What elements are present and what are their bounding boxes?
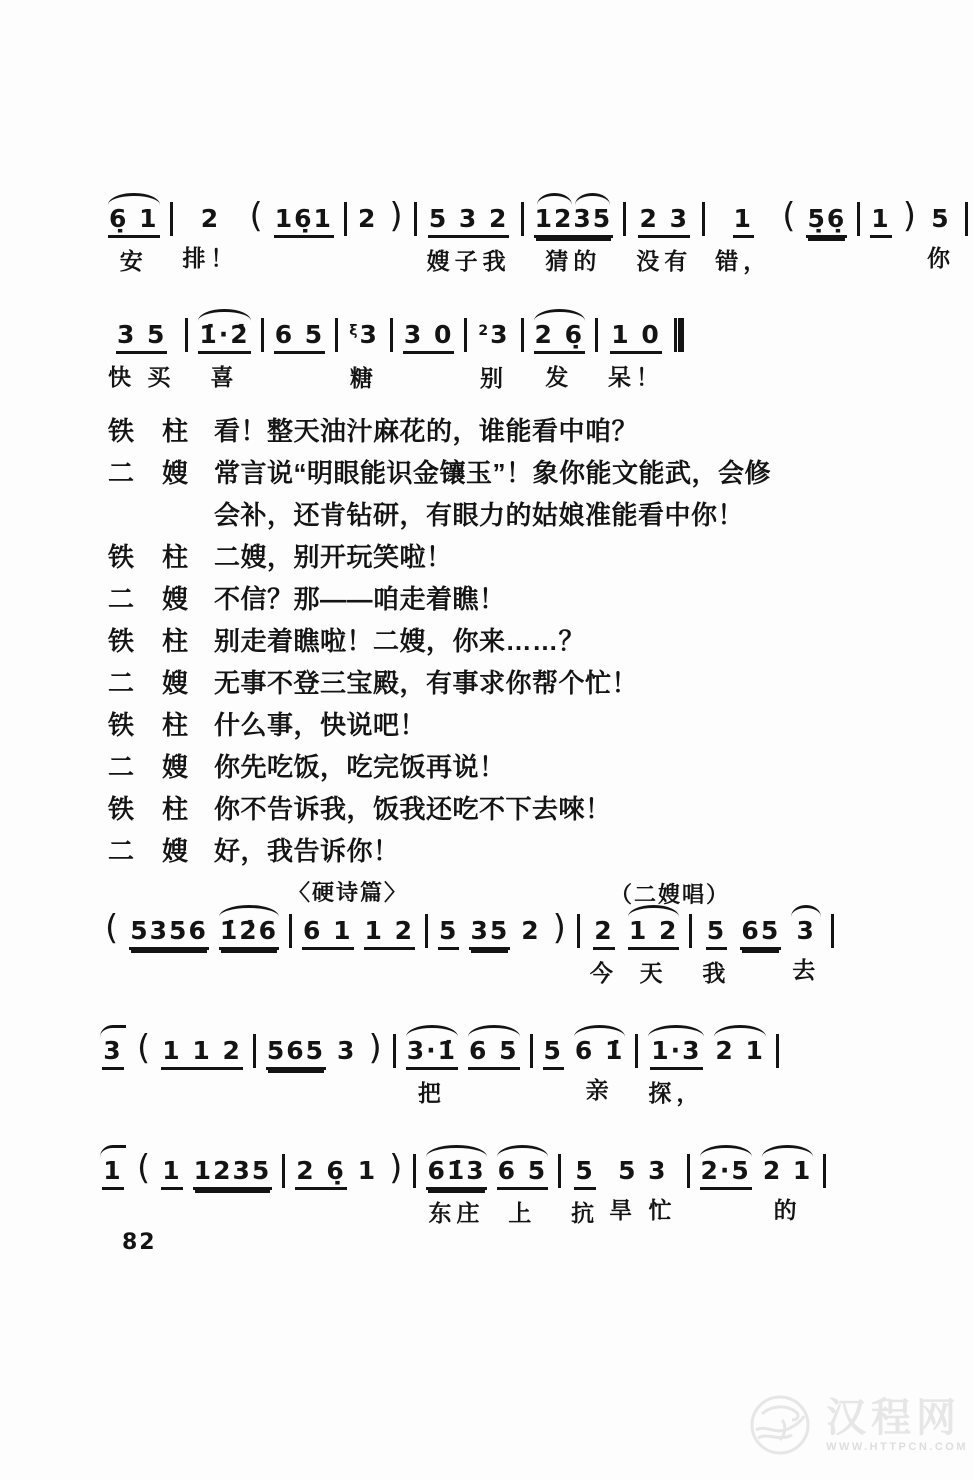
note-group: ξ3糖 <box>348 306 380 390</box>
note-digits: 3 0 <box>403 321 455 354</box>
note-group: 61̇3东庄 <box>426 1142 486 1225</box>
note-digits: ξ3 <box>348 321 380 355</box>
grace-paren: ) <box>552 902 567 982</box>
dialogue-line: 二 嫂常言说“明眼能识金镶玉”！象你能文能武，会修 <box>108 450 908 492</box>
note-digits: 2·5 <box>700 1157 752 1190</box>
note-group: 5356 <box>129 902 209 985</box>
note-group: 6 5 <box>468 1022 520 1105</box>
note-digits: ) <box>388 1154 403 1184</box>
speaker-label: 二 嫂 <box>108 579 214 616</box>
lyric-text: 今 <box>590 955 618 985</box>
note-group: 5 <box>438 902 459 985</box>
note-group: 5 3旱 忙 <box>609 1142 676 1222</box>
note-digits: 23 <box>477 321 510 355</box>
note-digits: 65 <box>740 917 781 950</box>
lyric-text: 我 <box>702 955 730 985</box>
note-digits: 35 <box>469 917 510 950</box>
note-group: 3·1̇把 <box>406 1022 458 1105</box>
barline <box>521 202 524 236</box>
note-digits: ) <box>367 1034 382 1064</box>
dialogue-text: 好，我告诉你！ <box>214 831 400 868</box>
note-group: 2 <box>357 190 378 270</box>
lyric-text: 猜的 <box>545 243 601 273</box>
note-group: 3 5快 买 <box>108 306 175 389</box>
note-group: 3 0 <box>403 306 455 389</box>
barline <box>344 202 347 236</box>
note-digits: 6 5 <box>497 1157 549 1190</box>
grace-paren: ) <box>388 1142 403 1222</box>
barline <box>831 914 834 948</box>
note-digits: ( <box>136 1034 151 1064</box>
barline <box>185 318 188 352</box>
dialogue-line: 铁 柱看！整天油汁麻花的，谁能看中咱？ <box>108 408 908 450</box>
dialogue-text: 无事不登三宝殿，有事求你帮个忙！ <box>214 663 638 700</box>
site-url: WWW.HTTPCN.COM <box>826 1441 968 1453</box>
note-group: 6 5 <box>274 306 326 389</box>
grace-note: 2 <box>478 323 488 339</box>
barline <box>558 1154 561 1188</box>
note-group: 16̣1 <box>274 190 334 273</box>
note-digits: 3 <box>336 1037 357 1067</box>
note-digits: 61̇3 <box>426 1157 486 1190</box>
grace-paren: ) <box>388 190 403 270</box>
music-system-1: 6̣ 1安2排！(16̣12)5 3 2嫂子我1235猜的2 3没有1错，(5̣… <box>108 190 968 273</box>
note-digits: 1 <box>161 1157 182 1190</box>
note-group: 1 1 2 <box>161 1022 243 1105</box>
note-group: 2 1 <box>714 1022 766 1102</box>
dialogue-text: 什么事，快说吧！ <box>214 705 426 742</box>
barline <box>261 318 264 352</box>
note-digits: ( <box>104 914 119 944</box>
note-group: 2今 <box>590 902 618 985</box>
note-group: 2 3没有 <box>636 190 692 273</box>
music-system-4: 3(1 1 25653)3·1̇把6 556 1̇亲1·3探，2 1 <box>100 1022 779 1105</box>
barline <box>577 914 580 948</box>
note-group: 5你 <box>927 190 955 270</box>
note-group: 5抗 <box>571 1142 599 1225</box>
note-group: 5 <box>543 1022 564 1105</box>
lyric-text: 东庄 <box>429 1195 485 1225</box>
note-digits: 1235 <box>534 205 614 238</box>
note-digits: 3·1̇ <box>406 1037 458 1070</box>
note-group: 1 <box>100 1142 126 1225</box>
speaker-label: 二 嫂 <box>108 663 214 700</box>
note-digits: 1 2 <box>628 917 680 950</box>
note-group: 2排！ <box>183 190 239 270</box>
barline <box>689 914 692 948</box>
dialogue-line: 铁 柱你不告诉我，饭我还吃不下去唻！ <box>108 786 908 828</box>
lyric-text: 探， <box>648 1075 704 1105</box>
note-group: 1̇·2̇喜 <box>198 306 250 389</box>
note-digits: 5 3 2 <box>428 205 510 238</box>
note-digits: 5̣6̣ <box>806 205 847 238</box>
watermark-text: 汉程网 WWW.HTTPCN.COM <box>826 1398 968 1453</box>
note-digits: 3 <box>102 1037 123 1070</box>
site-logo-icon <box>746 1392 818 1458</box>
note-digits: 6 1̇ <box>574 1037 626 1067</box>
barline <box>393 1034 396 1068</box>
lyric-text: 上 <box>508 1195 536 1225</box>
lyric-text: 排！ <box>183 240 239 270</box>
barline <box>687 1154 690 1188</box>
barline <box>170 202 173 236</box>
note-digits: 2 6̣ <box>534 321 586 354</box>
note-digits: ) <box>902 202 917 232</box>
note-digits: 5356 <box>129 917 209 950</box>
dialogue-text: 常言说“明眼能识金镶玉”！象你能文能武，会修 <box>214 453 771 490</box>
note-group: 3 <box>336 1022 357 1102</box>
lyric-text: 喜 <box>211 359 239 389</box>
note-digits: 5 <box>543 1037 564 1070</box>
note-group: 65 <box>740 902 781 985</box>
note-group: 1 <box>870 190 891 273</box>
note-digits: 1235 <box>193 1157 273 1190</box>
dialogue-text: 你不告诉我，饭我还吃不下去唻！ <box>214 789 612 826</box>
note-group: 1̇2̇6 <box>219 902 279 985</box>
music-system-2: 3 5快 买1̇·2̇喜6 5ξ3糖3 023别2 6̣发1 0呆！ <box>108 306 684 390</box>
speaker-label: 二 嫂 <box>108 747 214 784</box>
dialogue-line: 会补，还肯钻研，有眼力的姑娘准能看中你！ <box>108 492 908 534</box>
note-group: 1235 <box>193 1142 273 1225</box>
barline <box>414 202 417 236</box>
barline <box>390 318 393 352</box>
barline <box>776 1034 779 1068</box>
lyric-text: 没有 <box>636 243 692 273</box>
note-group: 1235猜的 <box>534 190 614 273</box>
lyric-text: 糖 <box>350 360 378 390</box>
lyric-text: 旱 忙 <box>609 1192 676 1222</box>
note-digits: 1̇·2̇ <box>198 321 250 354</box>
dialogue-block: 铁 柱看！整天油汁麻花的，谁能看中咱？二 嫂常言说“明眼能识金镶玉”！象你能文能… <box>108 408 908 870</box>
note-digits: 5 <box>706 917 727 950</box>
watermark: 汉程网 WWW.HTTPCN.COM <box>746 1392 968 1458</box>
dialogue-text: 会补，还肯钻研，有眼力的姑娘准能看中你！ <box>214 495 744 532</box>
grace-paren: ( <box>136 1022 151 1102</box>
note-group: 6 5上 <box>497 1142 549 1225</box>
dialogue-line: 铁 柱什么事，快说吧！ <box>108 702 908 744</box>
dialogue-text: 看！整天油汁麻花的，谁能看中咱？ <box>214 411 638 448</box>
dialogue-text: 二嫂，别开玩笑啦！ <box>214 537 453 574</box>
speaker-label: 二 嫂 <box>108 831 214 868</box>
note-digits: 1·3 <box>650 1037 702 1070</box>
note-group: 5̣6̣ <box>806 190 847 273</box>
barline <box>823 1154 826 1188</box>
barline <box>595 318 598 352</box>
note-digits: 5 3 <box>617 1157 669 1187</box>
speaker-label: 二 嫂 <box>108 453 214 490</box>
barline <box>623 202 626 236</box>
grace-paren: ( <box>136 1142 151 1222</box>
note-digits: 2 <box>520 917 541 947</box>
note-group: 3 <box>100 1022 126 1105</box>
note-digits: 16̣1 <box>274 205 334 238</box>
lyric-text: 发 <box>545 359 573 389</box>
barline <box>702 202 705 236</box>
note-digits: ( <box>249 202 264 232</box>
barline <box>282 1154 285 1188</box>
lyric-text: 把 <box>418 1075 446 1105</box>
barline <box>965 202 968 236</box>
barline <box>530 1034 533 1068</box>
speaker-label: 铁 柱 <box>108 789 214 826</box>
note-group: 2 1的 <box>762 1142 814 1222</box>
barline <box>857 202 860 236</box>
note-group: 2·5 <box>700 1142 752 1225</box>
note-digits: 5 <box>574 1157 595 1190</box>
lyric-text: 的 <box>774 1192 802 1222</box>
lyric-text: 别 <box>480 360 508 390</box>
lyric-text: 呆！ <box>608 359 664 389</box>
lyric-text: 去 <box>792 952 820 982</box>
note-group: 35 <box>469 902 510 985</box>
note-digits: 1 2 <box>364 917 416 950</box>
note-digits: 6 5 <box>274 321 326 354</box>
note-digits: ) <box>388 202 403 232</box>
dialogue-line: 二 嫂无事不登三宝殿，有事求你帮个忙！ <box>108 660 908 702</box>
note-digits: 1 <box>870 205 891 238</box>
barline <box>464 318 467 352</box>
dialogue-text: 你先吃饭，吃完饭再说！ <box>214 747 506 784</box>
note-group: 1·3探， <box>648 1022 704 1105</box>
speaker-label: 铁 柱 <box>108 621 214 658</box>
note-group: 1 2 <box>364 902 416 985</box>
grace-paren: ( <box>104 902 119 982</box>
lyric-text: 嫂子我 <box>427 243 511 273</box>
note-digits: 5 <box>930 205 951 235</box>
lyric-text: 快 买 <box>108 359 175 389</box>
note-group: 1错， <box>715 190 771 273</box>
note-digits: 2 <box>357 205 378 235</box>
note-group: 1 2天 <box>628 902 680 985</box>
note-digits: 2 3 <box>638 205 690 238</box>
note-digits: 2 <box>593 917 614 950</box>
note-group: 2 6̣发 <box>534 306 586 389</box>
note-digits: 1 <box>357 1157 378 1187</box>
dialogue-line: 铁 柱别走着瞧啦！二嫂，你来……？ <box>108 618 908 660</box>
note-group: 23别 <box>477 306 510 390</box>
speaker-label: 铁 柱 <box>108 411 214 448</box>
note-digits: 1 0 <box>610 321 662 354</box>
dialogue-line: 二 嫂好，我告诉你！ <box>108 828 908 870</box>
note-digits: 1 <box>102 1157 123 1190</box>
dialogue-text: 别走着瞧啦！二嫂，你来……？ <box>214 621 585 658</box>
lyric-text: 亲 <box>586 1072 614 1102</box>
note-group: 6̣ 1安 <box>108 190 160 273</box>
dialogue-text: 不信？那——咱走着瞧！ <box>214 579 506 616</box>
barline <box>425 914 428 948</box>
site-name: 汉程网 <box>826 1398 961 1438</box>
note-digits: 1̇2̇6 <box>219 917 279 950</box>
note-digits: 6̣ 1 <box>108 205 160 238</box>
note-digits: ) <box>552 914 567 944</box>
barline <box>253 1034 256 1068</box>
lyric-text: 天 <box>640 955 668 985</box>
grace-paren: ( <box>781 190 796 270</box>
grace-paren: ) <box>902 190 917 270</box>
barline <box>335 318 338 352</box>
lyric-text: 安 <box>120 243 148 273</box>
music-system-3: (53561̇2̇66 11 25352)2今1 2天5我653去 <box>104 902 834 985</box>
note-digits: 565 <box>266 1037 326 1070</box>
barline <box>635 1034 638 1068</box>
page-number: 82 <box>122 1230 157 1255</box>
note-digits: 2 <box>200 205 221 235</box>
note-group: 2 <box>520 902 541 982</box>
note-group: 1 0呆！ <box>608 306 664 389</box>
page: 〈硬诗篇〉 （二嫂唱） 铁 柱看！整天油汁麻花的，谁能看中咱？二 嫂常言说“明眼… <box>0 0 974 1480</box>
grace-paren: ) <box>367 1022 382 1102</box>
dialogue-line: 二 嫂不信？那——咱走着瞧！ <box>108 576 908 618</box>
note-digits: 3 <box>796 917 817 947</box>
note-digits: 3 5 <box>116 321 168 354</box>
grace-note: ξ <box>349 323 357 339</box>
music-system-5: 1(112352 6̣1)61̇3东庄6 5上5抗5 3旱 忙2·52 1的 <box>100 1142 826 1225</box>
note-group: 1 <box>357 1142 378 1222</box>
lyric-text: 抗 <box>571 1195 599 1225</box>
note-digits: 2 6̣ <box>295 1157 347 1190</box>
dialogue-line: 二 嫂你先吃饭，吃完饭再说！ <box>108 744 908 786</box>
note-digits: ( <box>781 202 796 232</box>
grace-paren: ( <box>249 190 264 270</box>
barline <box>521 318 524 352</box>
note-digits: 6 5 <box>468 1037 520 1070</box>
note-group: 5我 <box>702 902 730 985</box>
lyric-text: 你 <box>927 240 955 270</box>
note-digits: 6 1 <box>302 917 354 950</box>
note-group: 1 <box>161 1142 182 1225</box>
speaker-label: 铁 柱 <box>108 705 214 742</box>
note-digits: ( <box>136 1154 151 1184</box>
final-barline <box>674 318 684 352</box>
note-digits: 2 1 <box>714 1037 766 1067</box>
speaker-label: 铁 柱 <box>108 537 214 574</box>
note-group: 3去 <box>791 902 821 982</box>
barline <box>289 914 292 948</box>
barline <box>413 1154 416 1188</box>
note-group: 2 6̣ <box>295 1142 347 1225</box>
note-digits: 2 1 <box>762 1157 814 1187</box>
note-digits: 5 <box>438 917 459 950</box>
lyric-text: 错， <box>715 243 771 273</box>
note-group: 565 <box>266 1022 326 1105</box>
note-group: 6 1 <box>302 902 354 985</box>
note-group: 6 1̇亲 <box>574 1022 626 1102</box>
note-digits: 1 1 2 <box>161 1037 243 1070</box>
dialogue-line: 铁 柱二嫂，别开玩笑啦！ <box>108 534 908 576</box>
note-group: 5 3 2嫂子我 <box>427 190 511 273</box>
note-digits: 1 <box>733 205 754 238</box>
